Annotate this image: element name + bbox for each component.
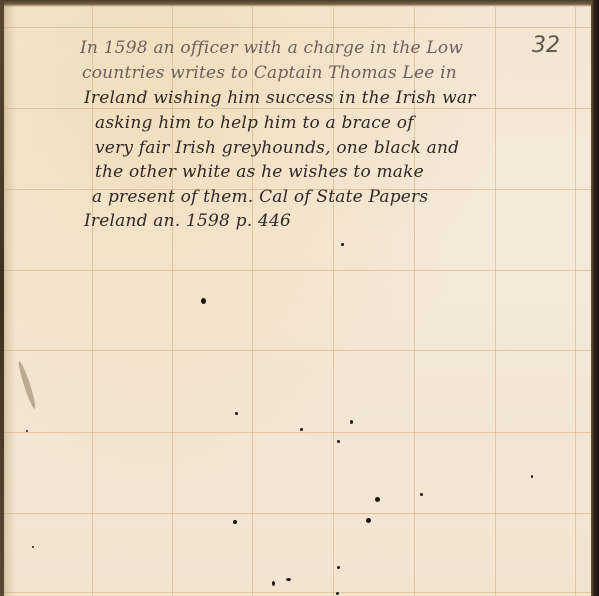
text-line-8: Ireland an. 1598 p. 446 <box>84 211 291 231</box>
handwritten-note: In 1598 an officer with a charge in the … <box>0 0 599 596</box>
ink-spot <box>341 243 344 246</box>
ink-spot <box>235 412 238 415</box>
ink-spot <box>233 520 237 524</box>
ink-spot <box>26 430 28 432</box>
text-line-6: the other white as he wishes to make <box>95 162 424 182</box>
text-line-7: a present of them. Cal of State Papers <box>92 187 428 207</box>
ink-spot <box>32 546 34 548</box>
ledger-page: In 1598 an officer with a charge in the … <box>0 0 599 596</box>
ink-spot <box>366 518 371 523</box>
text-line-1: In 1598 an officer with a charge in the … <box>80 38 463 58</box>
text-line-5: very fair Irish greyhounds, one black an… <box>95 138 459 158</box>
ink-spot <box>337 440 340 443</box>
ink-spot <box>272 581 275 586</box>
ink-spot <box>201 298 206 304</box>
page-number: 32 <box>532 33 560 58</box>
text-line-2: countries writes to Captain Thomas Lee i… <box>82 63 457 83</box>
ink-spot <box>337 566 340 569</box>
ink-spot <box>350 420 353 424</box>
ink-spot <box>375 497 380 502</box>
ink-spot <box>336 592 339 595</box>
ink-spot <box>300 428 303 431</box>
adjacent-page-edge <box>591 0 599 596</box>
text-line-3: Ireland wishing him success in the Irish… <box>84 88 476 108</box>
text-line-4: asking him to help him to a brace of <box>95 113 414 133</box>
ink-spot <box>286 578 291 581</box>
ink-spot <box>420 493 423 496</box>
ink-spot <box>531 475 533 478</box>
